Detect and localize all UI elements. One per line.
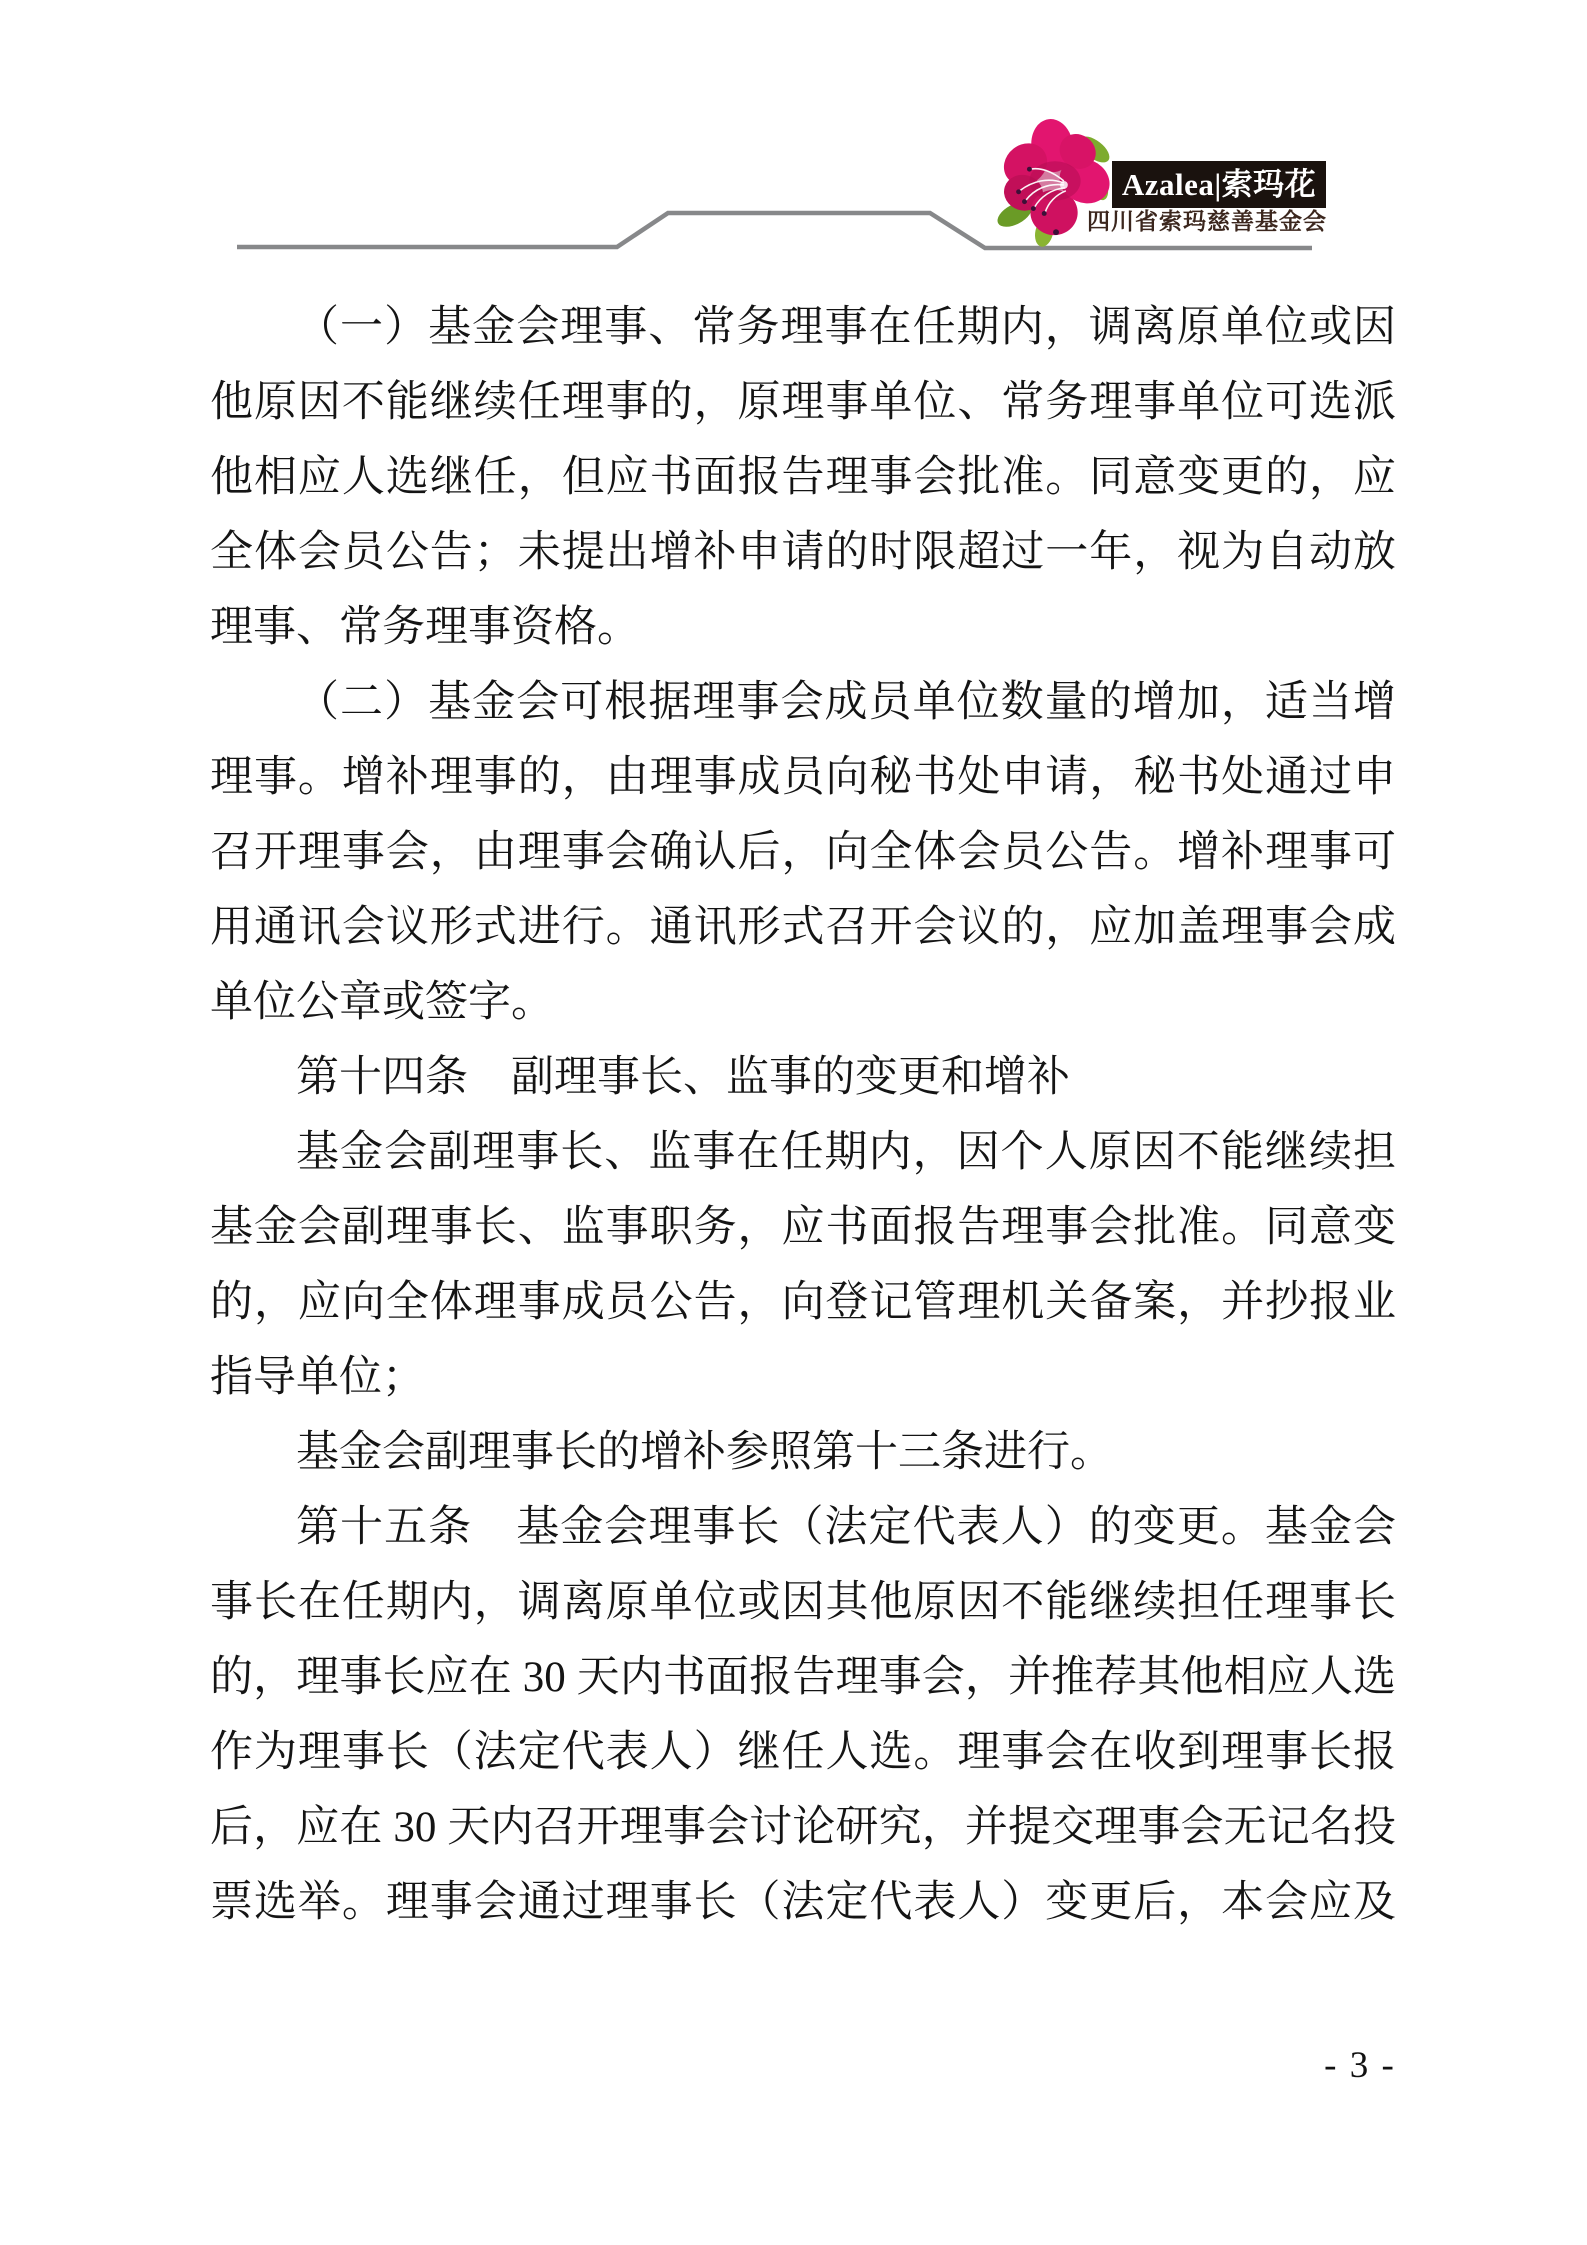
text-line: 指导单位； <box>210 1340 1396 1415</box>
text-line: 单位公章或签字。 <box>210 965 1396 1040</box>
text-line: 的，理事长应在 30 天内书面报告理事会，并推荐其他相应人选 <box>210 1640 1396 1715</box>
page-number: - 3 - <box>1295 2045 1425 2087</box>
logo-brand-banner: Azalea|索玛花 <box>1112 161 1326 208</box>
text-line: 用通讯会议形式进行。通讯形式召开会议的，应加盖理事会成员 <box>210 890 1396 965</box>
azalea-flower-icon <box>993 110 1121 248</box>
text-line: 第十五条 基金会理事长（法定代表人）的变更。基金会理 <box>210 1490 1396 1565</box>
text-line: 基金会副理事长的增补参照第十三条进行。 <box>210 1415 1396 1490</box>
text-line: 他原因不能继续任理事的，原理事单位、常务理事单位可选派其 <box>210 365 1396 440</box>
text-line: 票选举。理事会通过理事长（法定代表人）变更后，本会应及时 <box>210 1865 1396 1940</box>
logo-org-name: 四川省索玛慈善基金会 <box>1086 207 1328 237</box>
document-body: （一）基金会理事、常务理事在任期内，调离原单位或因其他原因不能继续任理事的，原理… <box>210 290 1396 1940</box>
text-line: 他相应人选继任，但应书面报告理事会批准。同意变更的，应向 <box>210 440 1396 515</box>
text-line: 作为理事长（法定代表人）继任人选。理事会在收到理事长报告 <box>210 1715 1396 1790</box>
text-line: 召开理事会，由理事会确认后，向全体会员公告。增补理事可采 <box>210 815 1396 890</box>
text-line: 基金会副理事长、监事职务，应书面报告理事会批准。同意变更 <box>210 1190 1396 1265</box>
text-line: 第十四条 副理事长、监事的变更和增补 <box>210 1040 1396 1115</box>
text-line: 理事、常务理事资格。 <box>210 590 1396 665</box>
document-page: Azalea|索玛花 四川省索玛慈善基金会 <box>0 0 1587 2245</box>
text-line: 全体会员公告；未提出增补申请的时限超过一年，视为自动放弃 <box>210 515 1396 590</box>
text-line: （一）基金会理事、常务理事在任期内，调离原单位或因其 <box>210 290 1396 365</box>
header-rule <box>0 0 1587 300</box>
text-line: 理事。增补理事的，由理事成员向秘书处申请，秘书处通过申请 <box>210 740 1396 815</box>
text-line: （二）基金会可根据理事会成员单位数量的增加，适当增补 <box>210 665 1396 740</box>
text-line: 后，应在 30 天内召开理事会讨论研究，并提交理事会无记名投 <box>210 1790 1396 1865</box>
text-line: 事长在任期内，调离原单位或因其他原因不能继续担任理事长 <box>210 1565 1396 1640</box>
text-line: 的，应向全体理事成员公告，向登记管理机关备案，并抄报业务 <box>210 1265 1396 1340</box>
text-line: 基金会副理事长、监事在任期内，因个人原因不能继续担任 <box>210 1115 1396 1190</box>
